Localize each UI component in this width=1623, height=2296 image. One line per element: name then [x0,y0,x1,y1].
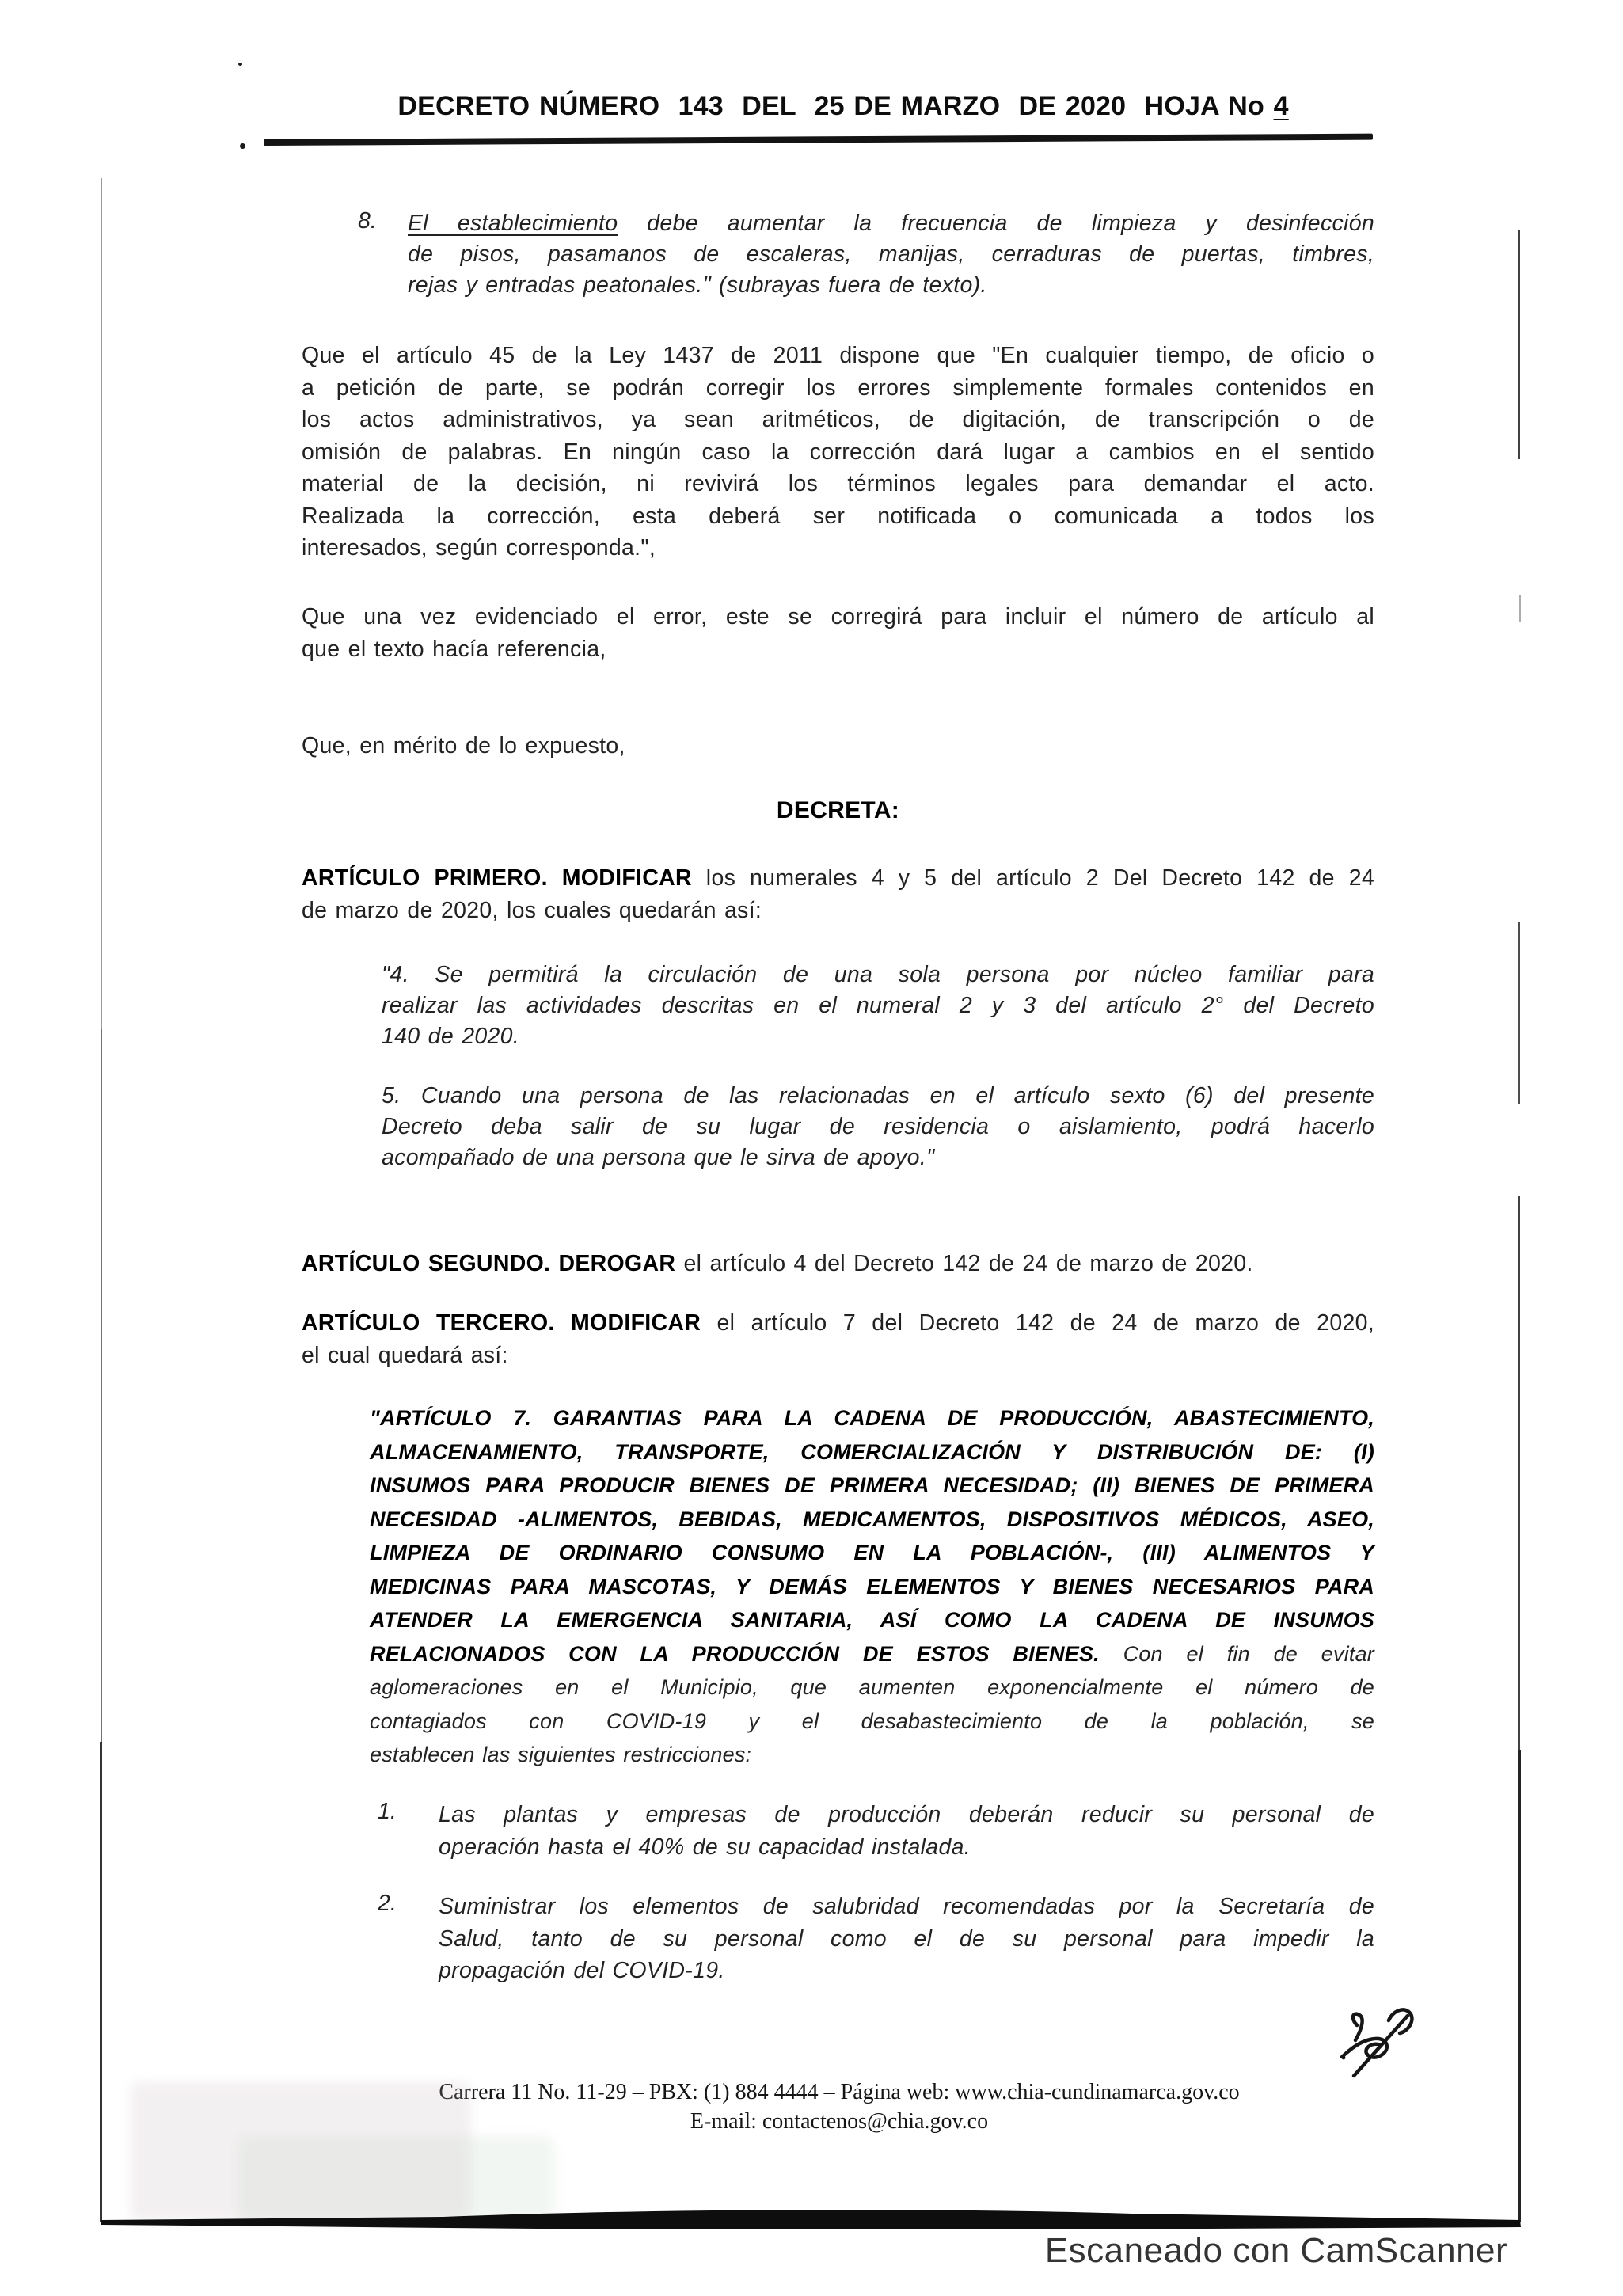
scan-edge-right [1518,230,1520,459]
articulo-tercero: ARTÍCULO TERCERO. MODIFICAR el artículo … [302,1307,1374,1371]
scan-edge-left [100,1742,102,2222]
scan-speck [238,63,242,66]
scan-edge-left [101,178,102,1029]
quote-numeral-4: "4. Se permitirá la circulación de una s… [382,960,1374,1052]
list-item-2-text: Suministrar los elementos de salubridad … [439,1891,1374,1987]
list-item-1-text: Las plantas y empresas de producción deb… [439,1799,1374,1863]
scanned-document-page: DECRETO NÚMERO 143 DEL 25 DE MARZO DE 20… [0,0,1623,2296]
header-rule [264,134,1373,146]
scan-edge-right [1518,1750,1521,2222]
paragraph-ley-1437: Que el artículo 45 de la Ley 1437 de 201… [302,340,1374,564]
scan-edge-right [1519,595,1521,622]
scan-edge-left [101,1029,102,1742]
scan-edge-bottom [95,2206,1530,2234]
articulo-segundo: ARTÍCULO SEGUNDO. DEROGAR el artículo 4 … [302,1248,1374,1280]
scan-edge-right [1518,1196,1520,1750]
scan-edge-right [1518,922,1520,1104]
clause-8-number: 8. [358,208,377,234]
quote-numeral-5: 5. Cuando una persona de las relacionada… [382,1081,1374,1173]
list-item-2-number: 2. [378,1891,397,1917]
scan-speck [240,143,245,149]
list-item-1-number: 1. [378,1799,397,1825]
paragraph-merito: Que, en mérito de lo expuesto, [302,730,1374,762]
articulo-primero: ARTÍCULO PRIMERO. MODIFICAR los numerale… [302,862,1374,926]
decreta-heading: DECRETA: [302,795,1374,827]
clause-8-text: El establecimiento debe aumentar la frec… [408,208,1374,301]
paragraph-error-correccion: Que una vez evidenciado el error, este s… [302,601,1374,665]
camscanner-watermark: Escaneado con CamScanner [991,2231,1561,2271]
page-header-title: DECRETO NÚMERO 143 DEL 25 DE MARZO DE 20… [317,90,1370,122]
quote-articulo-7: "ARTÍCULO 7. GARANTIAS PARA LA CADENA DE… [370,1401,1374,1772]
